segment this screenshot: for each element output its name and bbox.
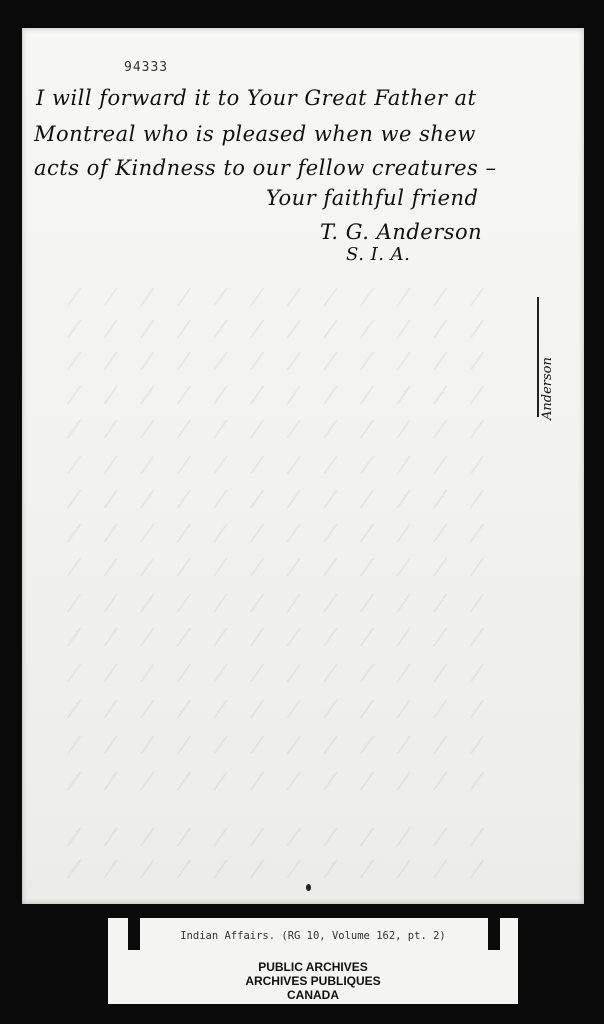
bleed-through-text — [62, 772, 504, 790]
signature-title: S. I. A. — [346, 244, 410, 265]
bleed-through-text — [62, 860, 504, 878]
letter-line-1: I will forward it to Your Great Father a… — [36, 86, 477, 110]
archive-label-line-3: CANADA — [108, 988, 518, 1002]
signature: T. G. Anderson — [320, 220, 482, 244]
archive-collection-line: Indian Affairs. (RG 10, Volume 162, pt. … — [108, 930, 518, 942]
bleed-through-text — [62, 524, 504, 542]
bleed-through-text — [62, 352, 504, 370]
bleed-through-text — [62, 828, 504, 846]
bleed-through-text — [62, 664, 504, 682]
archive-label: Indian Affairs. (RG 10, Volume 162, pt. … — [108, 918, 518, 1004]
archive-label-line-1: PUBLIC ARCHIVES — [108, 960, 518, 974]
bleed-through-text — [62, 736, 504, 754]
label-tab-left — [128, 918, 140, 950]
letter-line-3: acts of Kindness to our fellow creatures… — [34, 156, 497, 180]
bleed-through-text — [62, 386, 504, 404]
label-tab-right — [488, 918, 500, 950]
bleed-through-text — [62, 628, 504, 646]
ink-spot — [306, 884, 311, 891]
bleed-through-text — [62, 456, 504, 474]
letter-line-2: Montreal who is pleased when we shew — [34, 122, 476, 146]
margin-rule — [537, 297, 539, 417]
document-reference-number: 94333 — [124, 60, 168, 75]
bleed-through-text — [62, 420, 504, 438]
letter-closing: Your faithful friend — [266, 186, 479, 210]
bleed-through-text — [62, 320, 504, 338]
archive-label-line-2: ARCHIVES PUBLIQUES — [108, 974, 518, 988]
bleed-through-text — [62, 558, 504, 576]
bleed-through-text — [62, 490, 504, 508]
margin-note: Anderson — [540, 300, 560, 420]
bleed-through-text — [62, 700, 504, 718]
bleed-through-text — [62, 594, 504, 612]
bleed-through-text — [62, 288, 504, 306]
